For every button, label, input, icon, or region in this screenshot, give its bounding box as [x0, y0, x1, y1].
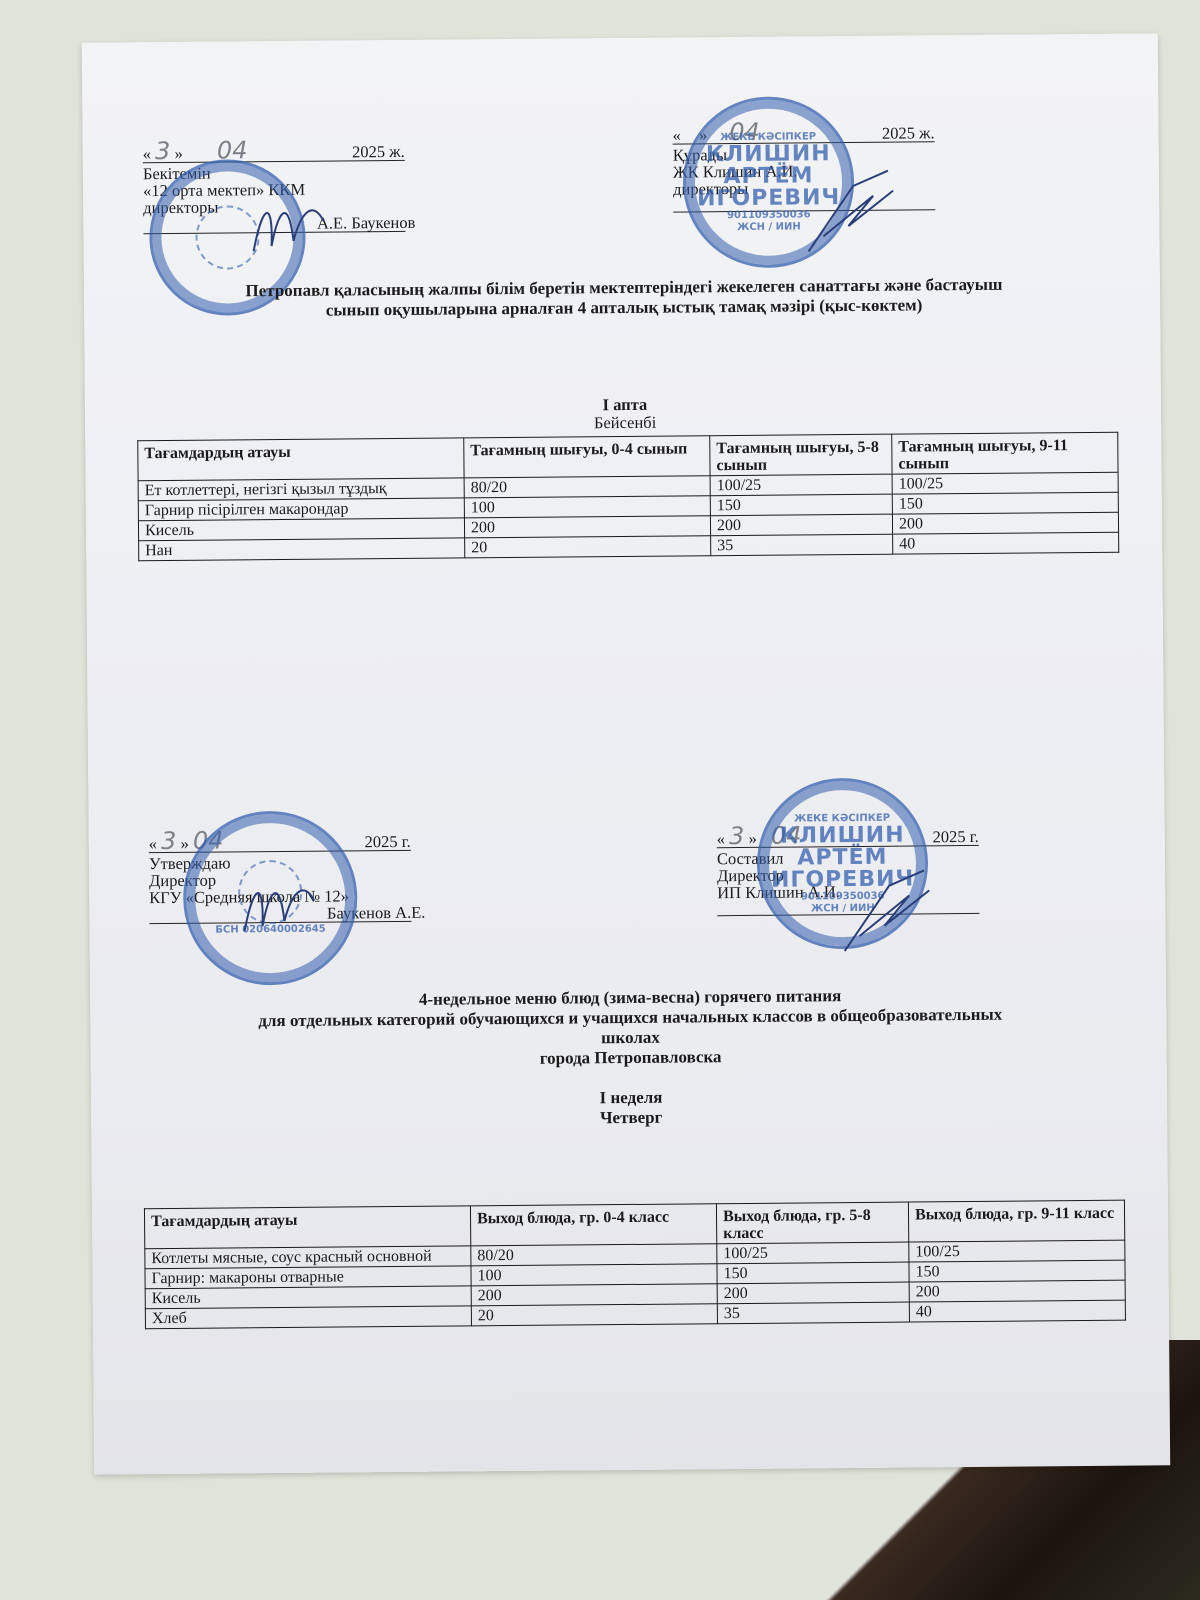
portion-cell: 150: [892, 492, 1118, 514]
portion-cell: 100: [471, 1264, 717, 1286]
portion-cell: 80/20: [471, 1244, 717, 1266]
quote-close: »: [699, 125, 707, 144]
date-year: 2025 г.: [365, 833, 411, 850]
quote-open: «: [673, 125, 681, 144]
portion-cell: 200: [471, 1284, 717, 1306]
dish-name-cell: Котлеты мясные, соус красный основной: [145, 1246, 471, 1269]
date-year: 2025 ж.: [352, 143, 405, 160]
portion-cell: 200: [717, 1282, 909, 1304]
stamp-id-label: ЖСН / ИИН: [737, 221, 801, 234]
dish-name-cell: Нан: [139, 538, 465, 561]
portion-cell: 200: [892, 512, 1118, 534]
date-line: « 3 » 04 2025 ж.: [143, 138, 405, 163]
column-header: Выход блюда, гр. 5-8 класс: [716, 1202, 908, 1244]
handwritten-day: 3: [729, 822, 745, 850]
portion-cell: 200: [909, 1280, 1125, 1302]
approval-block-left-ru: « 3 » 04 2025 г. Утверждаю Директор КГУ …: [149, 828, 412, 924]
handwritten-month: 04: [729, 118, 760, 146]
portion-cell: 100: [464, 496, 710, 518]
quote-open: «: [143, 144, 151, 163]
column-header: Тағамның шығуы, 9-11 сынып: [892, 432, 1118, 474]
dish-name-cell: Кисель: [138, 518, 464, 541]
portion-cell: 200: [464, 516, 710, 538]
column-header: Выход блюда, гр. 9-11 класс: [908, 1200, 1124, 1242]
dish-name-cell: Гарнир пісірілген макарондар: [138, 498, 464, 521]
date-year: 2025 ж.: [882, 124, 935, 141]
portion-cell: 100/25: [710, 474, 892, 496]
portion-cell: 150: [717, 1262, 909, 1284]
portion-cell: 100/25: [892, 472, 1118, 494]
date-line: « 3 » 04 2025 г.: [149, 828, 411, 853]
portion-cell: 80/20: [464, 476, 710, 498]
portion-cell: 150: [710, 494, 892, 516]
approval-block-left-kz: « 3 » 04 2025 ж. Бекітемін «12 орта мект…: [143, 138, 406, 234]
portion-cell: 40: [909, 1300, 1125, 1322]
portion-cell: 200: [710, 514, 892, 536]
quote-open: «: [149, 834, 157, 853]
document-title-kz: Петропавл қаласының жалпы білім беретін …: [144, 274, 1104, 322]
portion-cell: 100/25: [717, 1242, 909, 1264]
portion-cell: 35: [711, 534, 893, 556]
menu-table-kz: Тағамдардың атауыТағамның шығуы, 0-4 сын…: [137, 432, 1119, 562]
handwritten-day: 3: [155, 137, 171, 165]
portion-cell: 20: [471, 1304, 717, 1326]
quote-close: »: [748, 829, 756, 848]
week-day-heading-kz: I апта Бейсенбі: [145, 392, 1105, 436]
dish-name-cell: Кисель: [145, 1286, 471, 1309]
date-line: « 3 » 04 2025 г.: [717, 823, 979, 848]
portion-cell: 35: [717, 1302, 909, 1324]
approval-block-right-kz: « » 04 2025 ж. Құрады ЖК Клишин А.И. дир…: [672, 119, 935, 212]
document-page: « 3 » 04 2025 ж. Бекітемін «12 орта мект…: [82, 33, 1170, 1474]
column-header: Тағамдардың атауы: [138, 438, 464, 481]
dish-name-cell: Хлеб: [145, 1306, 471, 1329]
approval-block-right-ru: « 3 » 04 2025 г. Составил Директор ИП Кл…: [717, 823, 980, 916]
menu-table-ru: Тағамдардың атауыВыход блюда, гр. 0-4 кл…: [144, 1200, 1126, 1330]
handwritten-day: 3: [161, 827, 177, 855]
column-header: Тағамның шығуы, 5-8 сынып: [710, 434, 892, 476]
stamp-id: БСН 020640002645: [215, 924, 325, 937]
column-header: Выход блюда, гр. 0-4 класс: [470, 1204, 716, 1246]
date-line: « » 04 2025 ж.: [672, 119, 934, 144]
quote-open: «: [717, 829, 725, 848]
handwritten-month: 04: [771, 821, 802, 849]
portion-cell: 150: [909, 1260, 1125, 1282]
handwritten-month: 04: [217, 136, 248, 164]
signatory-name: А.Е. Баукенов: [317, 214, 416, 232]
signatory-name: Баукенов А.Е.: [327, 904, 426, 922]
date-year: 2025 г.: [932, 828, 978, 845]
quote-close: »: [180, 834, 188, 853]
column-header: Тағамның шығуы, 0-4 сынып: [464, 436, 710, 478]
document-title-ru: 4-недельное меню блюд (зима-весна) горяч…: [150, 984, 1111, 1132]
dish-name-cell: Гарнир: макароны отварные: [145, 1266, 471, 1289]
portion-cell: 20: [465, 536, 711, 558]
quote-close: »: [174, 144, 182, 163]
portion-cell: 40: [893, 532, 1119, 554]
column-header: Тағамдардың атауы: [144, 1206, 470, 1249]
dish-name-cell: Ет котлеттері, негізгі қызыл тұздық: [138, 478, 464, 501]
portion-cell: 100/25: [909, 1240, 1125, 1262]
handwritten-month: 04: [193, 827, 224, 855]
